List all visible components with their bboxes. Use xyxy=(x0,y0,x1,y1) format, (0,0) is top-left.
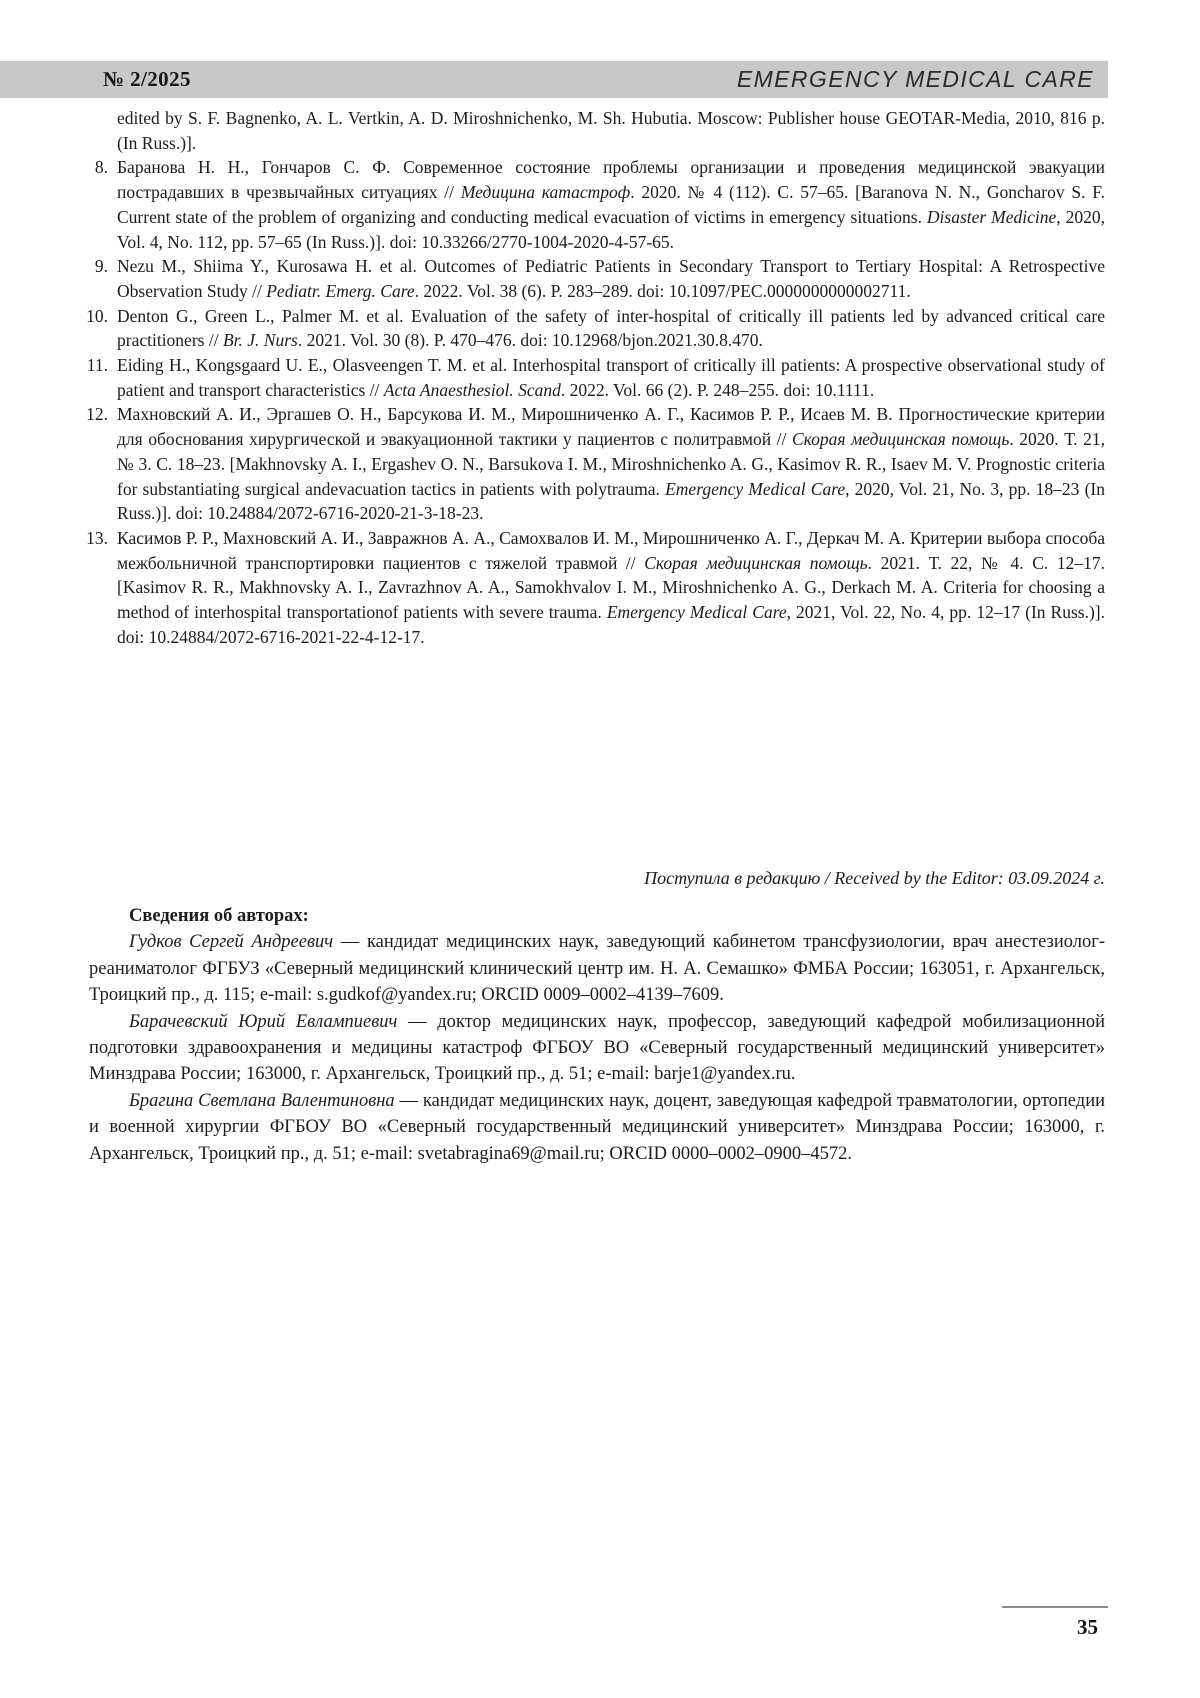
author-name: Барачевский Юрий Евлампиевич xyxy=(129,1012,397,1032)
issue-number: № 2/2025 xyxy=(103,67,191,92)
reference-item: 8.Баранова Н. Н., Гончаров С. Ф. Совреме… xyxy=(84,155,1105,254)
author-entry: Барачевский Юрий Евлампиевич — доктор ме… xyxy=(89,1009,1105,1088)
reference-number: 8. xyxy=(84,155,108,180)
reference-number: 9. xyxy=(84,254,108,279)
author-name: Брагина Светлана Валентиновна xyxy=(129,1091,395,1111)
reference-number: 12. xyxy=(84,402,108,427)
journal-page: № 2/2025 EMERGENCY MEDICAL CARE edited b… xyxy=(0,0,1200,1698)
author-entry: Гудков Сергей Андреевич — кандидат медиц… xyxy=(89,929,1105,1008)
reference-continuation: edited by S. F. Bagnenko, A. L. Vertkin,… xyxy=(84,106,1105,155)
reference-number: 10. xyxy=(84,304,108,329)
reference-item: 12.Махновский А. И., Эргашев О. Н., Барс… xyxy=(84,402,1105,526)
references-list: edited by S. F. Bagnenko, A. L. Vertkin,… xyxy=(84,106,1105,649)
footer-rule xyxy=(1002,1606,1108,1608)
authors-section: Сведения об авторах: Гудков Сергей Андре… xyxy=(89,903,1105,1167)
page-number: 35 xyxy=(1002,1615,1108,1640)
author-entry: Брагина Светлана Валентиновна — кандидат… xyxy=(89,1088,1105,1167)
received-line: Поступила в редакцию / Received by the E… xyxy=(84,866,1105,891)
header-band: № 2/2025 EMERGENCY MEDICAL CARE xyxy=(0,61,1108,98)
reference-item: 9.Nezu M., Shiima Y., Kurosawa H. et al.… xyxy=(84,254,1105,303)
reference-item: 10.Denton G., Green L., Palmer M. et al.… xyxy=(84,304,1105,353)
reference-number: 13. xyxy=(84,526,108,551)
journal-title: EMERGENCY MEDICAL CARE xyxy=(737,66,1094,93)
authors-heading: Сведения об авторах: xyxy=(89,903,1105,929)
author-name: Гудков Сергей Андреевич xyxy=(129,932,333,952)
reference-number: 11. xyxy=(84,353,108,378)
authors-entries: Гудков Сергей Андреевич — кандидат медиц… xyxy=(89,929,1105,1167)
reference-item: 11.Eiding H., Kongsgaard U. E., Olasveen… xyxy=(84,353,1105,402)
reference-item: 13.Касимов Р. Р., Махновский А. И., Завр… xyxy=(84,526,1105,650)
